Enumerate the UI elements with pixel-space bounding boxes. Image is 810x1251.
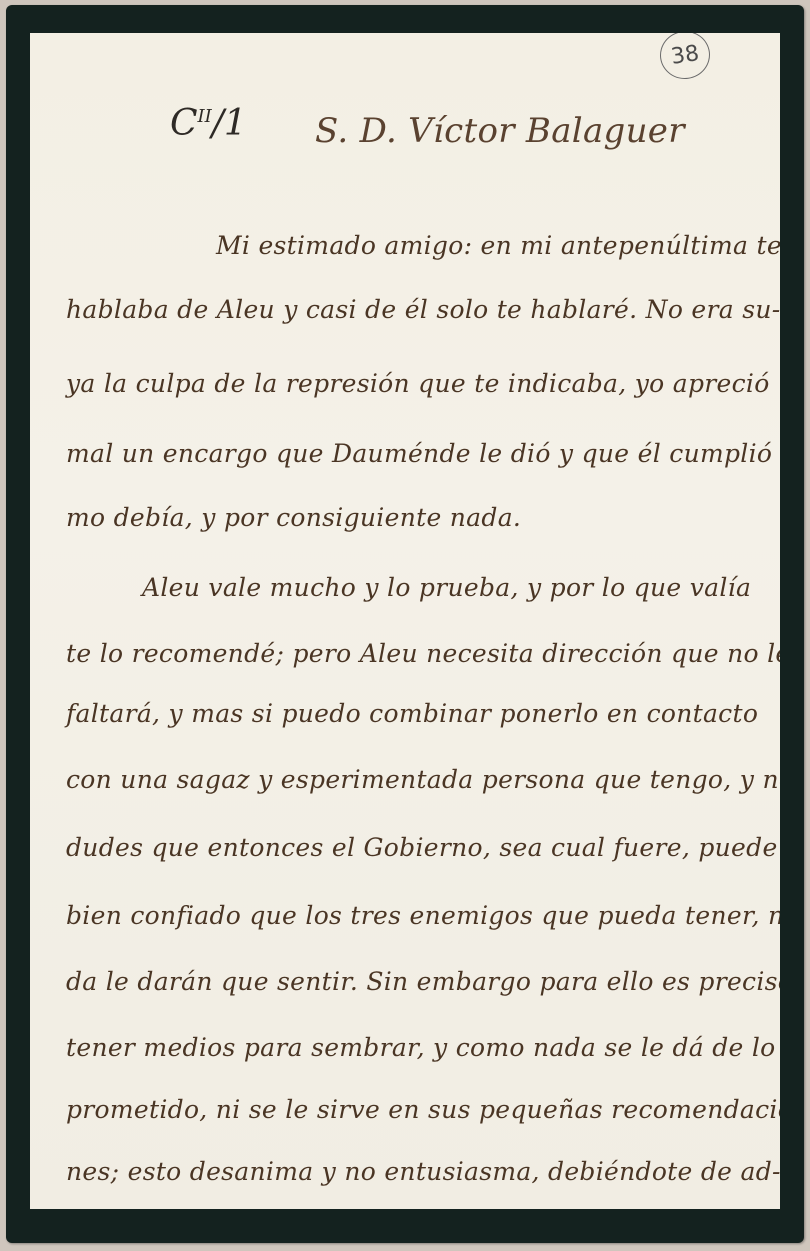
shelfmark-rest: /1 (212, 103, 247, 144)
letter-line: prometido, ni se le sirve en sus pequeña… (66, 1095, 780, 1124)
letter-line: Mi estimado amigo: en mi antepenúltima t… (216, 231, 780, 260)
shelfmark-sup: II (198, 106, 212, 127)
letter-line: Aleu vale mucho y lo prueba, y por lo qu… (142, 573, 751, 602)
letter-line: con una sagaz y esperimentada persona qu… (66, 765, 780, 794)
letter-line: bien confiado que los tres enemigos que … (66, 901, 780, 930)
shelfmark-main: C (170, 103, 198, 144)
letter-heading: S. D. Víctor Balaguer (315, 111, 685, 151)
letter-line: ya la culpa de la represión que te indic… (66, 369, 770, 398)
letter-line: faltará, y mas si puedo combinar ponerlo… (66, 699, 758, 728)
letter-line: hablaba de Aleu y casi de él solo te hab… (66, 295, 780, 324)
letter-line: da le darán que sentir. Sin embargo para… (66, 967, 780, 996)
shelfmark: CII/1 (170, 103, 247, 144)
letter-line: nes; esto desanima y no entusiasma, debi… (66, 1157, 780, 1186)
letter-line: mo debía, y por consiguiente nada. (66, 503, 521, 532)
letter-line: te lo recomendé; pero Aleu necesita dire… (66, 639, 780, 668)
folio-number: 38 (669, 41, 700, 70)
letter-line: dudes que entonces el Gobierno, sea cual… (66, 833, 780, 862)
letter-line: mal un encargo que Dauménde le dió y que… (66, 439, 780, 468)
letter-page: 38 CII/1 S. D. Víctor Balaguer Mi estima… (30, 33, 780, 1209)
letter-line: tener medios para sembrar, y como nada s… (66, 1033, 776, 1062)
folio-number-stamp: 38 (657, 33, 713, 82)
mourning-border-frame: 38 CII/1 S. D. Víctor Balaguer Mi estima… (6, 5, 804, 1243)
